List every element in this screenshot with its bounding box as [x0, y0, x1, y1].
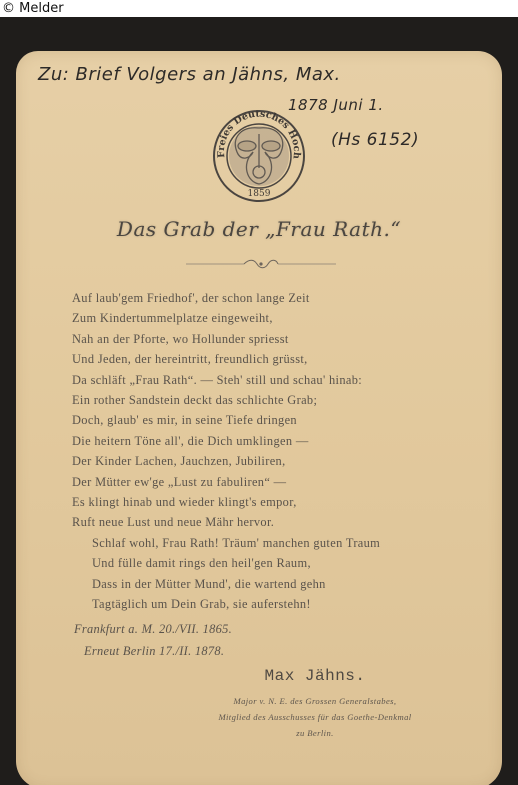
place-date-renewed: Erneut Berlin 17./II. 1878.: [84, 644, 224, 659]
memorial-card: Zu: Brief Volgers an Jähns, Max. 1878 Ju…: [16, 51, 502, 785]
poem-line: Zum Kindertummelplatze eingeweiht,: [72, 308, 362, 328]
ornamental-divider-icon: [186, 258, 336, 270]
poem-stanza-1: Auf laub'gem Friedhof', der schon lange …: [72, 288, 362, 533]
handwritten-note-shelfmark: (Hs 6152): [331, 130, 419, 150]
poem-line: Der Mütter ew'ge „Lust zu fabuliren“ —: [72, 472, 362, 492]
poem-line: Nah an der Pforte, wo Hollunder spriesst: [72, 329, 362, 349]
author-title-line: Major v. N. E. des Grossen Generalstabes…: [16, 696, 502, 706]
poem-line: Und fülle damit rings den heil'gen Raum,: [92, 553, 380, 573]
copyright-credit: © Melder: [2, 0, 64, 17]
poem-title: Das Grab der „Frau Rath.“: [16, 217, 502, 241]
poem-line: Ein rother Sandstein deckt das schlichte…: [72, 390, 362, 410]
poem-line: Und Jeden, der hereintritt, freundlich g…: [72, 349, 362, 369]
svg-text:1859: 1859: [248, 189, 271, 199]
document-photo: Zu: Brief Volgers an Jähns, Max. 1878 Ju…: [0, 17, 518, 785]
author-title-line: Mitglied des Ausschusses für das Goethe-…: [16, 712, 502, 722]
poem-line: Ruft neue Lust und neue Mähr hervor.: [72, 512, 362, 532]
poem-stanza-2: Schlaf wohl, Frau Rath! Träum' manchen g…: [92, 533, 380, 615]
poem-line: Doch, glaub' es mir, in seine Tiefe drin…: [72, 410, 362, 430]
author-title-line: zu Berlin.: [16, 728, 502, 738]
poem-line: Die heitern Töne all', die Dich umklinge…: [72, 431, 362, 451]
poem-line: Tagtäglich um Dein Grab, sie auferstehn!: [92, 594, 380, 614]
poem-line: Es klingt hinab und wieder klingt's empo…: [72, 492, 362, 512]
place-date-original: Frankfurt a. M. 20./VII. 1865.: [74, 622, 232, 637]
handwritten-note-reference: Zu: Brief Volgers an Jähns, Max.: [38, 64, 341, 85]
poem-line: Dass in der Mütter Mund', die wartend ge…: [92, 574, 380, 594]
poem-line: Der Kinder Lachen, Jauchzen, Jubiliren,: [72, 451, 362, 471]
poem-line: Da schläft „Frau Rath“. — Steh' still un…: [72, 370, 362, 390]
poem-line: Schlaf wohl, Frau Rath! Träum' manchen g…: [92, 533, 380, 553]
poem-line: Auf laub'gem Friedhof', der schon lange …: [72, 288, 362, 308]
author-name: Max Jähns.: [16, 667, 502, 685]
hochstift-seal-icon: Freies Deutsches Hochstift 1859: [211, 108, 307, 204]
